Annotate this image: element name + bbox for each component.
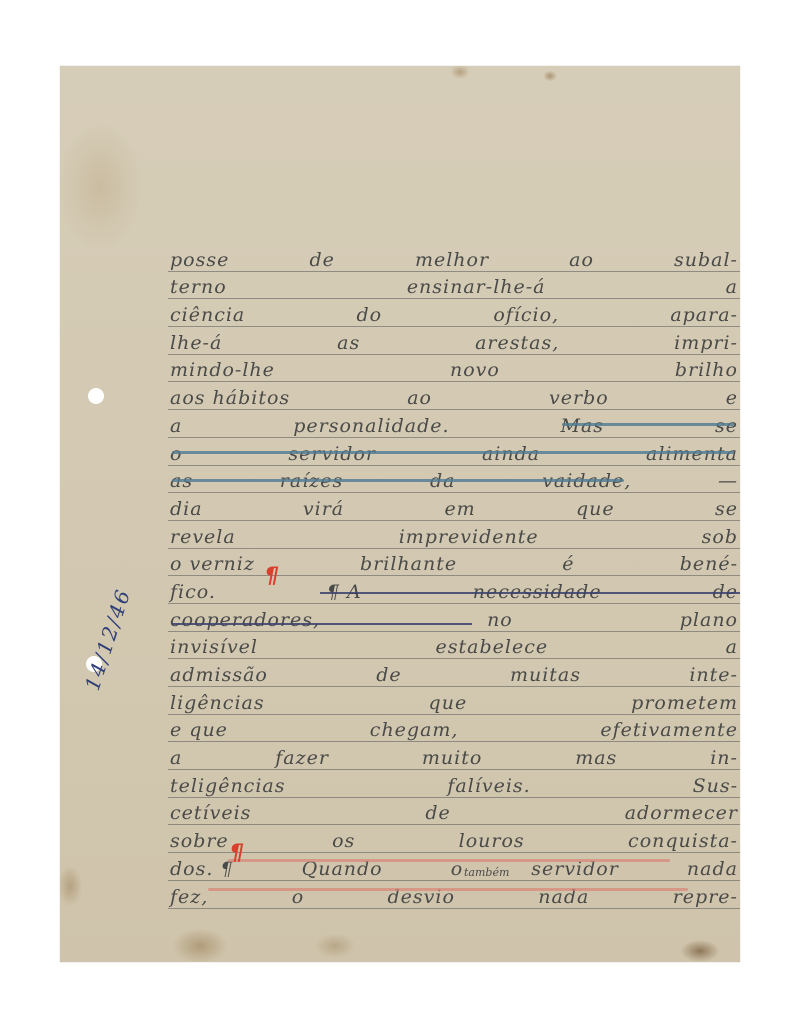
- handwritten-line: oservidoraindaalimenta: [168, 445, 740, 464]
- handwritten-line: dos. ¶Quandooservidornada: [168, 860, 740, 879]
- handwritten-word: nada: [685, 860, 740, 879]
- text-line: cooperadores,noplano: [168, 604, 740, 632]
- handwritten-word: ciência: [168, 306, 247, 325]
- handwritten-word: cetíveis: [168, 804, 253, 823]
- handwritten-word: o: [168, 445, 184, 464]
- handwritten-word: a: [168, 417, 184, 436]
- handwritten-word: se: [713, 500, 740, 519]
- handwritten-word: é: [560, 555, 576, 574]
- handwritten-line: sobreoslourosconquista-: [168, 832, 740, 851]
- handwritten-line: cetíveisdeadormecer: [168, 804, 740, 823]
- handwritten-line: cooperadores,noplano: [168, 611, 740, 630]
- handwritten-word: e que: [168, 721, 230, 740]
- text-line: afazermuitomasin-: [168, 742, 740, 770]
- handwritten-word: admissão: [168, 666, 270, 685]
- handwritten-word: em: [442, 500, 477, 519]
- red-paragraph-mark-2: ¶: [230, 841, 244, 866]
- handwritten-word: arestas,: [473, 334, 561, 353]
- handwritten-word: prometem: [629, 694, 740, 713]
- handwritten-word: aos hábitos: [168, 389, 292, 408]
- manuscript-page: 14/12/46 possedemelhoraosubal-ternoensin…: [60, 66, 740, 962]
- handwritten-line: lhe-áasarestas,impri-: [168, 334, 740, 353]
- handwritten-word: de: [374, 666, 403, 685]
- handwritten-word: servidor: [529, 860, 621, 879]
- handwritten-line: e quechegam,efetivamente: [168, 721, 740, 740]
- handwritten-word: bené-: [678, 555, 740, 574]
- handwritten-word: que: [427, 694, 470, 713]
- blue-underline-servidor-alimenta: [172, 451, 734, 454]
- handwritten-line: possedemelhoraosubal-: [168, 251, 740, 270]
- text-line: revelaimprevidentesob: [168, 521, 740, 549]
- handwritten-word: brilhante: [358, 555, 459, 574]
- blue-underline-raizes-vaidade: [172, 479, 624, 482]
- handwritten-line: ternoensinar-lhe-áa: [168, 278, 740, 297]
- handwritten-word: ao: [405, 389, 434, 408]
- text-line: e quechegam,efetivamente: [168, 715, 740, 743]
- handwritten-word: —: [716, 472, 740, 491]
- text-line: possedemelhoraosubal-: [168, 244, 740, 272]
- handwritten-word: virá: [301, 500, 346, 519]
- handwritten-line: o vernizbrilhanteébené-: [168, 555, 740, 574]
- handwritten-word: os: [330, 832, 357, 851]
- red-underline-fez-repre: [208, 888, 688, 891]
- handwritten-line: aos hábitosaoverboe: [168, 389, 740, 408]
- handwritten-word: muitas: [508, 666, 583, 685]
- handwritten-line: diaviráemquese: [168, 500, 740, 519]
- handwritten-word: fazer: [273, 749, 331, 768]
- handwritten-line: apersonalidade.Masse: [168, 417, 740, 436]
- handwritten-word: lhe-á: [168, 334, 224, 353]
- handwritten-word: posse: [168, 251, 231, 270]
- handwritten-word: verbo: [547, 389, 611, 408]
- handwritten-word: Sus-: [691, 777, 740, 796]
- handwritten-word: personalidade.: [291, 417, 451, 436]
- handwritten-word: plano: [678, 611, 740, 630]
- handwritten-word: de: [307, 251, 336, 270]
- text-line: dos. ¶Quandooservidornada: [168, 853, 740, 881]
- handwritten-word: e: [724, 389, 740, 408]
- handwritten-word: Mas: [559, 417, 607, 436]
- handwritten-word: mas: [573, 749, 619, 768]
- handwritten-word: ligências: [168, 694, 267, 713]
- handwritten-word: sob: [700, 528, 740, 547]
- handwritten-word: ao: [567, 251, 596, 270]
- handwritten-line: admissãodemuitasinte-: [168, 666, 740, 685]
- handwritten-word: no: [485, 611, 515, 630]
- text-line: teligênciasfalíveis.Sus-: [168, 770, 740, 798]
- handwritten-word: ensinar-lhe-á: [405, 278, 548, 297]
- handwritten-word: terno: [168, 278, 229, 297]
- text-line: ligênciasqueprometem: [168, 687, 740, 715]
- handwritten-word: a: [724, 278, 740, 297]
- handwritten-word: de: [423, 804, 452, 823]
- handwritten-word: melhor: [413, 251, 491, 270]
- text-line: fico.¶ Anecessidadede: [168, 576, 740, 604]
- handwritten-word: mindo-lhe: [168, 361, 277, 380]
- handwritten-word: o: [449, 860, 465, 879]
- text-line: invisívelestabelecea: [168, 632, 740, 660]
- handwritten-word: ofício,: [491, 306, 561, 325]
- handwritten-line: ligênciasqueprometem: [168, 694, 740, 713]
- text-line: lhe-áasarestas,impri-: [168, 327, 740, 355]
- handwritten-word: novo: [448, 361, 502, 380]
- navy-underline-cooperadores: [172, 623, 472, 625]
- red-underline-quando-servidor: [228, 859, 670, 862]
- handwritten-word: revela: [168, 528, 238, 547]
- handwritten-word: a: [168, 749, 184, 768]
- handwritten-word: Quando: [300, 860, 385, 879]
- text-line: aos hábitosaoverboe: [168, 382, 740, 410]
- handwritten-word: teligências: [168, 777, 287, 796]
- text-line: mindo-lhenovobrilho: [168, 355, 740, 383]
- handwritten-word: que: [574, 500, 617, 519]
- red-paragraph-mark-1: ¶: [265, 564, 279, 589]
- handwritten-word: brilho: [673, 361, 740, 380]
- handwritten-word: alimenta: [644, 445, 740, 464]
- text-line: ternoensinar-lhe-áa: [168, 272, 740, 300]
- handwritten-word: dos. ¶: [168, 860, 236, 879]
- handwritten-word: louros: [457, 832, 527, 851]
- handwritten-word: adormecer: [623, 804, 740, 823]
- handwritten-word: estabelece: [434, 638, 551, 657]
- handwritten-word: impri-: [672, 334, 740, 353]
- ruled-text-block: possedemelhoraosubal-ternoensinar-lhe-áa…: [168, 244, 740, 909]
- handwritten-word: invisível: [168, 638, 260, 657]
- text-line: sobreoslourosconquista-: [168, 825, 740, 853]
- interlinear-insertion: também: [464, 866, 509, 879]
- handwritten-word: subal-: [672, 251, 740, 270]
- punch-hole-top: [88, 388, 104, 404]
- margin-date: 14/12/46: [80, 585, 136, 693]
- text-line: admissãodemuitasinte-: [168, 659, 740, 687]
- text-line: diaviráemquese: [168, 493, 740, 521]
- handwritten-word: sobre: [168, 832, 231, 851]
- handwritten-word: o verniz: [168, 555, 257, 574]
- handwritten-word: apara-: [668, 306, 740, 325]
- handwritten-word: fez,: [168, 888, 210, 907]
- handwritten-word: ainda: [480, 445, 542, 464]
- handwritten-word: efetivamente: [598, 721, 740, 740]
- handwritten-word: inte-: [687, 666, 740, 685]
- handwritten-word: se: [713, 417, 740, 436]
- handwritten-line: revelaimprevidentesob: [168, 528, 740, 547]
- text-line: fez,odesvionadarepre-: [168, 881, 740, 909]
- navy-underline-necessidade: [320, 592, 740, 594]
- handwritten-word: dia: [168, 500, 205, 519]
- handwritten-word: imprevidente: [397, 528, 541, 547]
- handwritten-word: muito: [420, 749, 484, 768]
- handwritten-word: a: [724, 638, 740, 657]
- handwritten-line: ciênciadoofício,apara-: [168, 306, 740, 325]
- handwritten-word: conquista-: [626, 832, 740, 851]
- handwritten-word: servidor: [286, 445, 378, 464]
- handwritten-word: falíveis.: [445, 777, 532, 796]
- blue-underline-mas-se: [562, 423, 734, 426]
- handwritten-line: teligênciasfalíveis.Sus-: [168, 777, 740, 796]
- handwritten-line: mindo-lhenovobrilho: [168, 361, 740, 380]
- handwritten-word: cooperadores,: [168, 611, 322, 630]
- text-line: ciênciadoofício,apara-: [168, 299, 740, 327]
- handwritten-word: do: [354, 306, 384, 325]
- handwritten-word: as: [335, 334, 362, 353]
- handwritten-word: in-: [708, 749, 740, 768]
- handwritten-word: fico.: [168, 583, 218, 602]
- handwritten-line: afazermuitomasin-: [168, 749, 740, 768]
- text-line: o vernizbrilhanteébené-: [168, 549, 740, 577]
- handwritten-word: chegam,: [368, 721, 461, 740]
- handwritten-line: invisívelestabelecea: [168, 638, 740, 657]
- text-line: cetíveisdeadormecer: [168, 798, 740, 826]
